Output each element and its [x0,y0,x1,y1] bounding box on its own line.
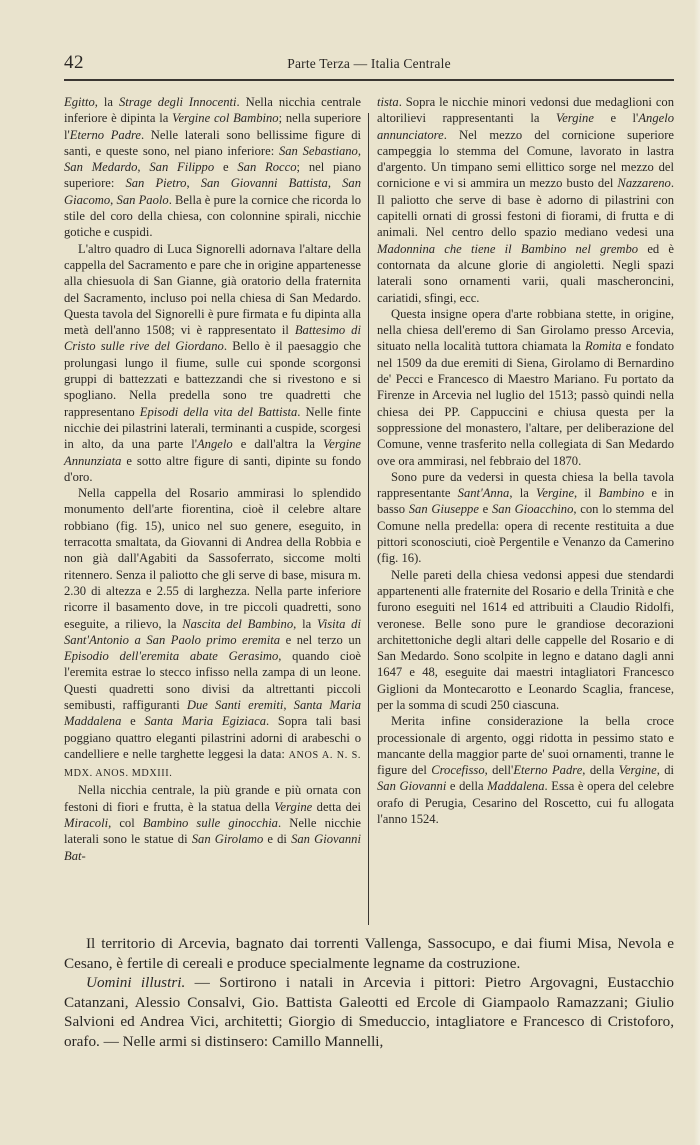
header-rule [64,79,674,81]
section-run-in-heading: Uomini illustri. [86,974,185,991]
paragraph: Merita infine considerazione la bella cr… [377,713,674,827]
page-header: 42 Parte Terza — Italia Centrale [64,52,674,76]
paragraph: tista. Sopra le nicchie minori vedonsi d… [377,94,674,306]
paragraph: Egitto, la Strage degli Innocenti. Nella… [64,94,361,241]
column-divider [368,113,369,925]
paragraph-illustrious-men: Uomini illustri. — Sortirono i natali in… [64,973,674,1051]
paragraph: Nella nicchia centrale, la più grande e … [64,782,361,863]
paragraph: Questa insigne opera d'arte robbiana ste… [377,306,674,469]
right-column: tista. Sopra le nicchie minori vedonsi d… [377,94,674,827]
two-column-body: Egitto, la Strage degli Innocenti. Nella… [64,94,674,929]
paragraph: Nelle pareti della chiesa vedonsi appesi… [377,567,674,714]
paragraph: L'altro quadro di Luca Signorelli adorna… [64,241,361,485]
paragraph: Nella cappella del Rosario ammirasi lo s… [64,485,361,782]
page-edge [694,0,700,1145]
paragraph: Sono pure da vedersi in questa chiesa la… [377,469,674,567]
left-column: Egitto, la Strage degli Innocenti. Nella… [64,94,361,864]
running-title: Parte Terza — Italia Centrale [64,56,674,72]
full-width-body: Il territorio di Arcevia, bagnato dai to… [64,934,674,1052]
paragraph-territory: Il territorio di Arcevia, bagnato dai to… [64,934,674,973]
